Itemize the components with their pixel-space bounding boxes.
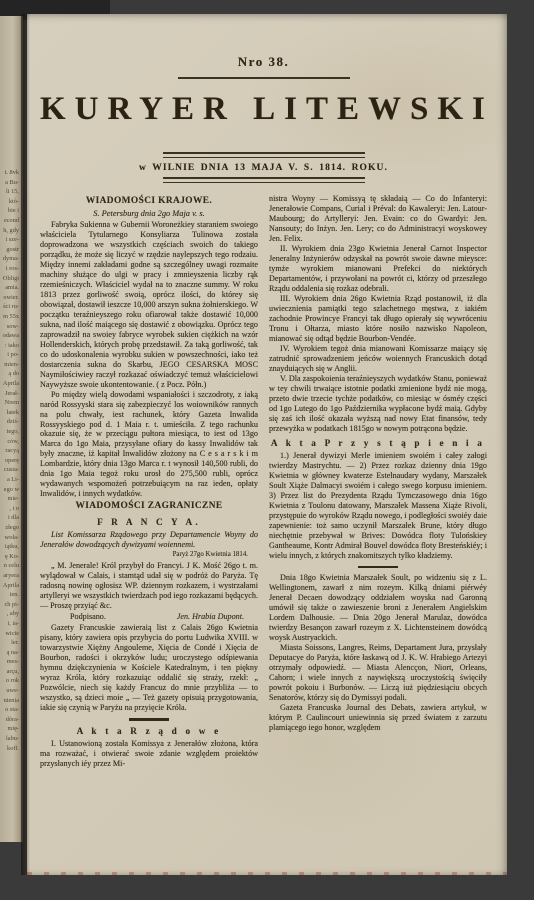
- edge-text-fragment: odawa: [3, 331, 19, 341]
- edge-text-fragment: : iako: [5, 341, 19, 351]
- edge-text-fragment: custa-: [4, 465, 19, 475]
- edge-text-fragment: koff.: [7, 744, 19, 754]
- edge-text-fragment: n celu: [4, 561, 19, 571]
- edge-text-fragment: gostr: [6, 245, 19, 255]
- article-paragraph: IV. Wyrokiem tegoż dnia mianowani Komiss…: [269, 344, 487, 374]
- edge-text-fragment: ktò-: [9, 197, 19, 207]
- edge-text-fragment: i po-: [7, 350, 19, 360]
- edge-text-fragment: o sta-: [5, 705, 19, 715]
- section-heading: A k t a R z ą d o w e: [40, 726, 258, 737]
- edge-text-fragment: ego w: [4, 485, 19, 495]
- edge-text-fragment: ści ru-: [3, 302, 19, 312]
- edge-text-fragment: mie-: [7, 494, 19, 504]
- facing-page-edge: t. 8vka Bu-li 15,ktò-bie iecondh, gdyi s…: [0, 16, 23, 842]
- article-lead-italic: List Komissarza Rządowego przy Departame…: [40, 530, 258, 550]
- edge-text-fragment: ców,: [7, 437, 19, 447]
- dateline-rule-top: [163, 152, 365, 158]
- edge-text-fragment: łatek: [7, 408, 19, 418]
- edge-text-fragment: dóra-: [6, 715, 19, 725]
- edge-text-fragment: bie i: [8, 206, 19, 216]
- edge-text-fragment: woła-: [5, 533, 19, 543]
- edge-text-fragment: , i o: [9, 504, 19, 514]
- masthead: Nro 38. KURYER LITEWSKI w WILNIE DNIA 13…: [40, 54, 487, 183]
- edge-text-fragment: mes-: [7, 657, 19, 667]
- article-dateline: Paryż 27go Kwietnia 1814.: [40, 551, 258, 559]
- edge-text-fragment: i sze-: [6, 235, 19, 245]
- page-bottom-deckle-edge: [27, 872, 507, 875]
- section-heading: WIADOMOŚCI ZAGRANICZNE: [40, 501, 258, 513]
- edge-text-fragment: ą do: [8, 369, 19, 379]
- edge-text-fragment: econd: [4, 216, 19, 226]
- edge-text-fragment: złego: [5, 523, 19, 533]
- section-heading: F R A N C Y A.: [40, 517, 258, 528]
- edge-text-fragment: li 15,: [6, 187, 19, 197]
- article-paragraph: Miasta Soissons, Langres, Reims, Departa…: [269, 643, 487, 703]
- edge-text-fragment: Aprila: [3, 379, 19, 389]
- edge-text-fragment: i dla: [8, 513, 19, 523]
- signature-name: Jen. Hrabia Dupont.: [177, 612, 244, 622]
- edge-text-fragment: wicie: [5, 629, 19, 639]
- edge-text-fragment: amia.: [5, 283, 19, 293]
- edge-text-fragment: Aprila: [3, 581, 19, 591]
- page-content: Nro 38. KURYER LITEWSKI w WILNIE DNIA 13…: [27, 14, 507, 769]
- section-divider: [358, 566, 398, 568]
- edge-text-fragment: ę Ko-: [5, 552, 19, 562]
- article-paragraph: nistra Woyny — Komissyą tę składaią — Co…: [269, 194, 487, 244]
- edge-text-fragment: aryera: [3, 571, 19, 581]
- edge-text-fragment: i, ia-: [7, 619, 19, 629]
- dateline-rule-bottom: [163, 177, 365, 183]
- edge-text-fragment: a Bu-: [5, 178, 19, 188]
- issue-rule: [178, 77, 350, 79]
- edge-text-fragment: , aby: [7, 609, 19, 619]
- page-fold-shadow: [21, 14, 30, 875]
- issue-number: Nro 38.: [40, 54, 487, 70]
- article-paragraph: I. Ustanowioną została Komissya z Jenera…: [40, 739, 258, 769]
- edge-text-fragment: m 55x: [3, 312, 19, 322]
- section-heading: A k t a P r z y s t ą p i e n i a: [269, 438, 487, 449]
- article-paragraph: V. Dla zaspokoienia teraźnieyszych wydat…: [269, 374, 487, 434]
- body-columns: WIADOMOŚCI KRAJOWE.S. Petersburg dnia 2g…: [40, 194, 487, 769]
- section-subheading: S. Petersburg dnia 2go Maja v. s.: [40, 209, 258, 219]
- edge-text-fragment: labu-: [6, 734, 19, 744]
- edge-text-fragment: mien-: [4, 360, 19, 370]
- edge-text-fragment: ien.: [10, 590, 19, 600]
- edge-text-fragment: operę: [5, 456, 19, 466]
- edge-text-fragment: ą na-: [7, 648, 19, 658]
- article-paragraph: III. Wyrokiem dnia 26go Kwietnia Rząd po…: [269, 294, 487, 344]
- masthead-dateline: w WILNIE DNIA 13 MAJA V. S. 1814. ROKU.: [40, 163, 487, 173]
- article-paragraph: 1.) Jenerał dywizyi Merle imieniem swoié…: [269, 451, 487, 561]
- edge-text-fragment: iątku,: [5, 542, 19, 552]
- edge-text-fragment: a Li-: [7, 475, 19, 485]
- article-paragraph: II. Wyrokiem dnia 23go Kwietnia Jenerał …: [269, 244, 487, 294]
- edge-text-fragment: owier.: [3, 293, 19, 303]
- edge-text-fragment: Nrem: [5, 398, 19, 408]
- article-paragraph: Gazeta Francuska Journal des Debats, zaw…: [269, 703, 487, 733]
- edge-text-fragment: Obligi: [3, 274, 19, 284]
- article-paragraph: „ M. Jenerale! Król przybył do Francyi. …: [40, 561, 258, 611]
- edge-text-fragment: dziś-: [7, 417, 19, 427]
- edge-text-fragment: racyą: [5, 446, 19, 456]
- newspaper-page: Nro 38. KURYER LITEWSKI w WILNIE DNIA 13…: [27, 14, 507, 875]
- edge-text-fragment: nienia: [4, 696, 19, 706]
- edge-text-fragment: h, gdy: [3, 226, 19, 236]
- edge-text-fragment: i ros-: [6, 264, 19, 274]
- edge-text-fragment: t. 8vk: [5, 168, 19, 178]
- article-paragraph: Fabryka Sukienna w Gubernii Woroneżkiey …: [40, 220, 258, 390]
- signature-line: Podpisano.Jen. Hrabia Dupont.: [40, 612, 258, 622]
- edge-text-fragment: ler.: [11, 638, 19, 648]
- edge-text-fragment: o rok: [6, 676, 19, 686]
- facing-page-text-fragments: t. 8vka Bu-li 15,ktò-bie iecondh, gdyi s…: [0, 16, 23, 753]
- edge-text-fragment: uwe-: [6, 686, 19, 696]
- article-paragraph: Po między wielą dowodami wspaniałości i …: [40, 390, 258, 500]
- edge-text-fragment: Jerał-: [5, 389, 19, 399]
- page-title: KURYER LITEWSKI: [40, 91, 487, 128]
- article-paragraph: Gazety Francuskie zawieraią list z Calai…: [40, 623, 258, 713]
- edge-text-fragment: ch pi-: [4, 600, 19, 610]
- edge-text-fragment: mię-: [7, 724, 19, 734]
- edge-text-fragment: dyma-: [3, 254, 19, 264]
- section-heading: WIADOMOŚCI KRAJOWE.: [40, 196, 258, 208]
- column-left: WIADOMOŚCI KRAJOWE.S. Petersburg dnia 2g…: [40, 194, 258, 769]
- signature-label: Podpisano.: [70, 612, 106, 622]
- edge-text-fragment: sow-: [7, 322, 19, 332]
- article-paragraph: Dnia 18go Kwietnia Marszałek Soult, po w…: [269, 573, 487, 643]
- column-right: nistra Woyny — Komissyą tę składaią — Co…: [269, 194, 487, 769]
- edge-text-fragment: arçu,: [7, 667, 19, 677]
- edge-text-fragment: tego,: [7, 427, 19, 437]
- section-divider: [129, 718, 169, 720]
